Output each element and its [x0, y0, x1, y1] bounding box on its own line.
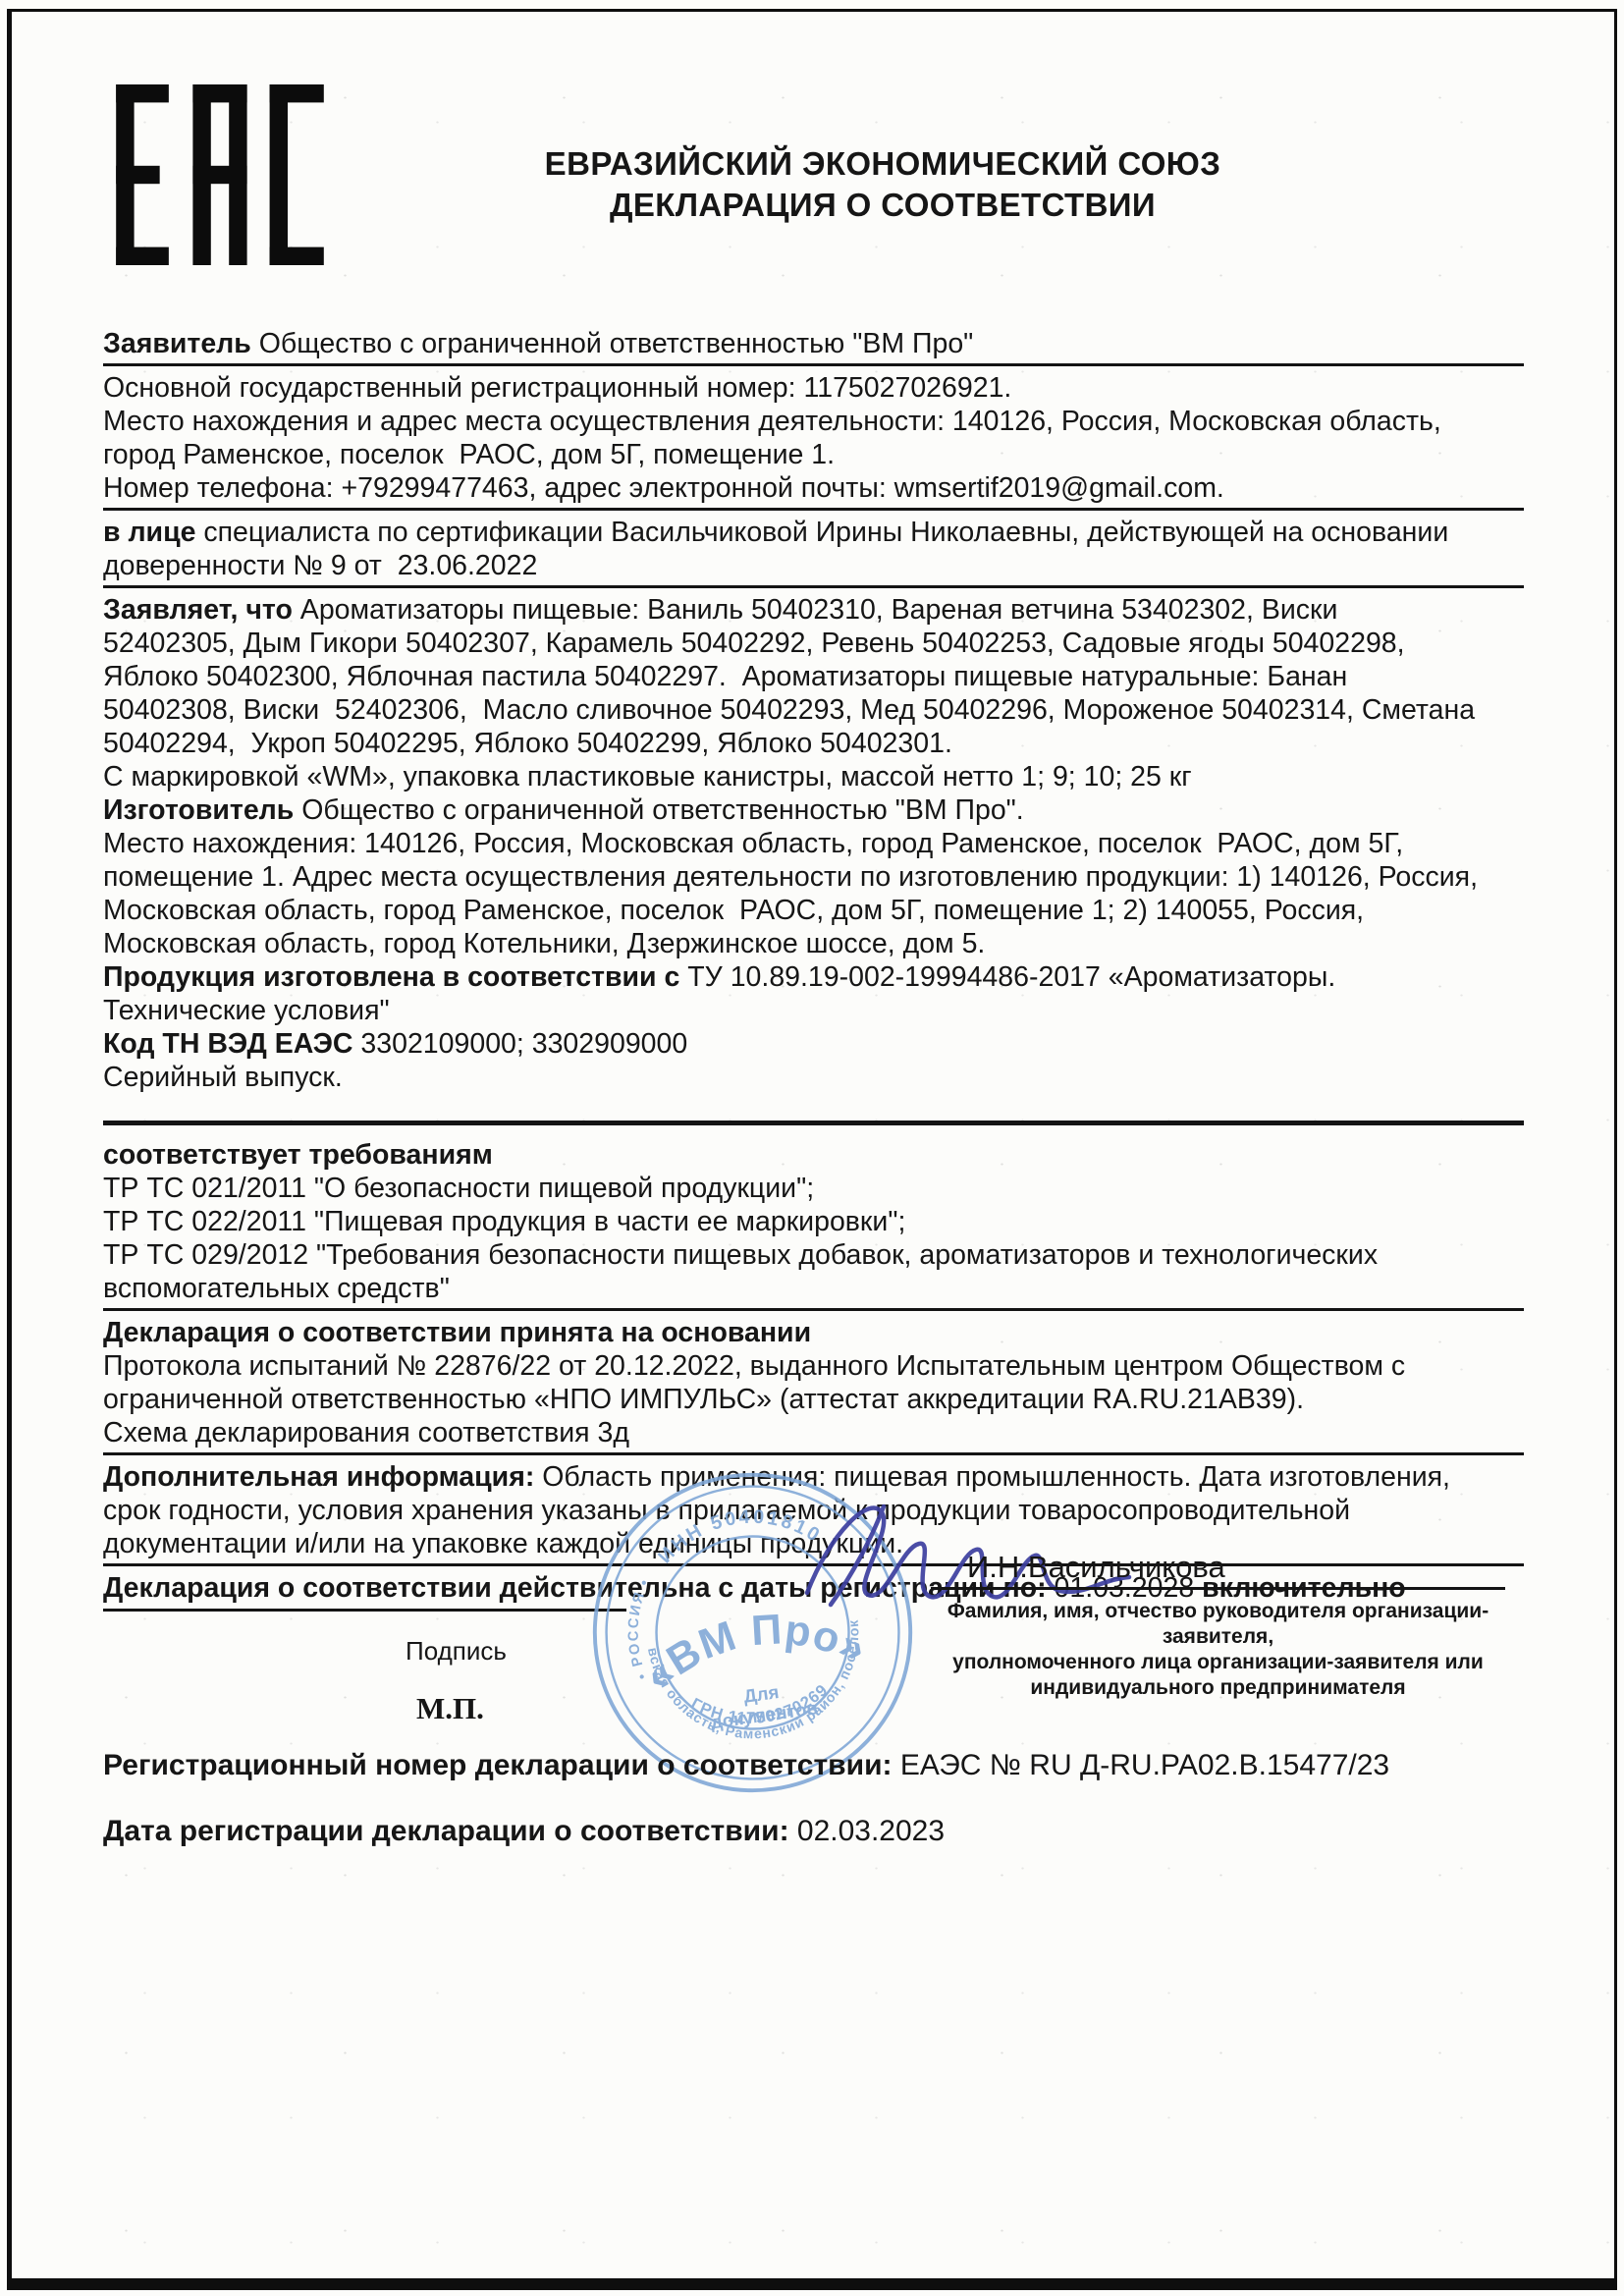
signer-name-line: [931, 1587, 1505, 1590]
separator-line: [103, 1308, 1524, 1311]
paragraph: Изготовитель Общество с ограниченной отв…: [103, 793, 1524, 827]
registration-date-label: Дата регистрации декларации о соответств…: [103, 1815, 789, 1847]
signature-line: [103, 1609, 626, 1612]
declaration-page: ЕВРАЗИЙСКИЙ ЭКОНОМИЧЕСКИЙ СОЮЗ ДЕКЛАРАЦИ…: [0, 0, 1624, 2296]
eac-logo: [116, 84, 324, 270]
separator-line: [103, 585, 1524, 588]
document-header: ЕВРАЗИЙСКИЙ ЭКОНОМИЧЕСКИЙ СОЮЗ ДЕКЛАРАЦИ…: [348, 143, 1418, 226]
paragraph: Декларация о соответствии принята на осн…: [103, 1316, 1524, 1349]
paragraph: С маркировкой «WM», упаковка пластиковые…: [103, 760, 1524, 793]
paragraph: Основной государственный регистрационный…: [103, 371, 1524, 405]
paragraph: Место нахождения: 140126, Россия, Москов…: [103, 827, 1524, 960]
eac-mark-icon: [116, 84, 324, 265]
signer-caption-line: индивидуального предпринимателя: [931, 1675, 1505, 1701]
separator-line: [103, 508, 1524, 511]
registration-number-line: Регистрационный номер декларации о соотв…: [103, 1749, 1389, 1782]
union-title: ЕВРАЗИЙСКИЙ ЭКОНОМИЧЕСКИЙ СОЮЗ: [348, 143, 1418, 185]
paragraph: ТР ТС 022/2011 "Пищевая продукция в част…: [103, 1205, 1524, 1238]
paragraph: Продукция изготовлена в соответствии с Т…: [103, 960, 1524, 1027]
document-title: ДЕКЛАРАЦИЯ О СООТВЕТСТВИИ: [348, 185, 1418, 226]
registration-date-value: 02.03.2023: [789, 1815, 945, 1847]
paragraph: Код ТН ВЭД ЕАЭС 3302109000; 3302909000: [103, 1027, 1524, 1061]
paragraph: ТР ТС 021/2011 "О безопасности пищевой п…: [103, 1172, 1524, 1205]
signature-caption: Подпись: [406, 1636, 507, 1667]
signer-caption-line: уполномоченного лица организации-заявите…: [931, 1650, 1505, 1675]
seal-place-label: М.П.: [416, 1691, 484, 1726]
paragraph: ТР ТС 029/2012 "Требования безопасности …: [103, 1238, 1524, 1305]
registration-number-label: Регистрационный номер декларации о соотв…: [103, 1749, 893, 1781]
paragraph: Серийный выпуск.: [103, 1061, 1524, 1094]
paragraph: Заявитель Общество с ограниченной ответс…: [103, 327, 1524, 360]
signer-name: И.Н.Васильчикова: [967, 1550, 1225, 1585]
registration-number-value: ЕАЭС № RU Д-RU.РА02.В.15477/23: [893, 1749, 1390, 1781]
document-body: Заявитель Общество с ограниченной ответс…: [103, 327, 1524, 1605]
paragraph: Протокола испытаний № 22876/22 от 20.12.…: [103, 1349, 1524, 1416]
signer-caption: Фамилия, имя, отчество руководителя орга…: [931, 1599, 1505, 1701]
paragraph: Схема декларирования соответствия 3д: [103, 1416, 1524, 1449]
separator-line: [103, 1452, 1524, 1455]
paragraph: соответствует требованиям: [103, 1138, 1524, 1172]
paragraph: в лице специалиста по сертификации Васил…: [103, 516, 1524, 582]
signer-caption-line: Фамилия, имя, отчество руководителя орга…: [931, 1599, 1505, 1650]
paragraph: Номер телефона: +79299477463, адрес элек…: [103, 471, 1524, 505]
paragraph: Заявляет, что Ароматизаторы пищевые: Ван…: [103, 593, 1524, 760]
registration-date-line: Дата регистрации декларации о соответств…: [103, 1815, 945, 1848]
separator-line: [103, 1121, 1524, 1125]
separator-line: [103, 363, 1524, 366]
paragraph: Место нахождения и адрес места осуществл…: [103, 405, 1524, 471]
